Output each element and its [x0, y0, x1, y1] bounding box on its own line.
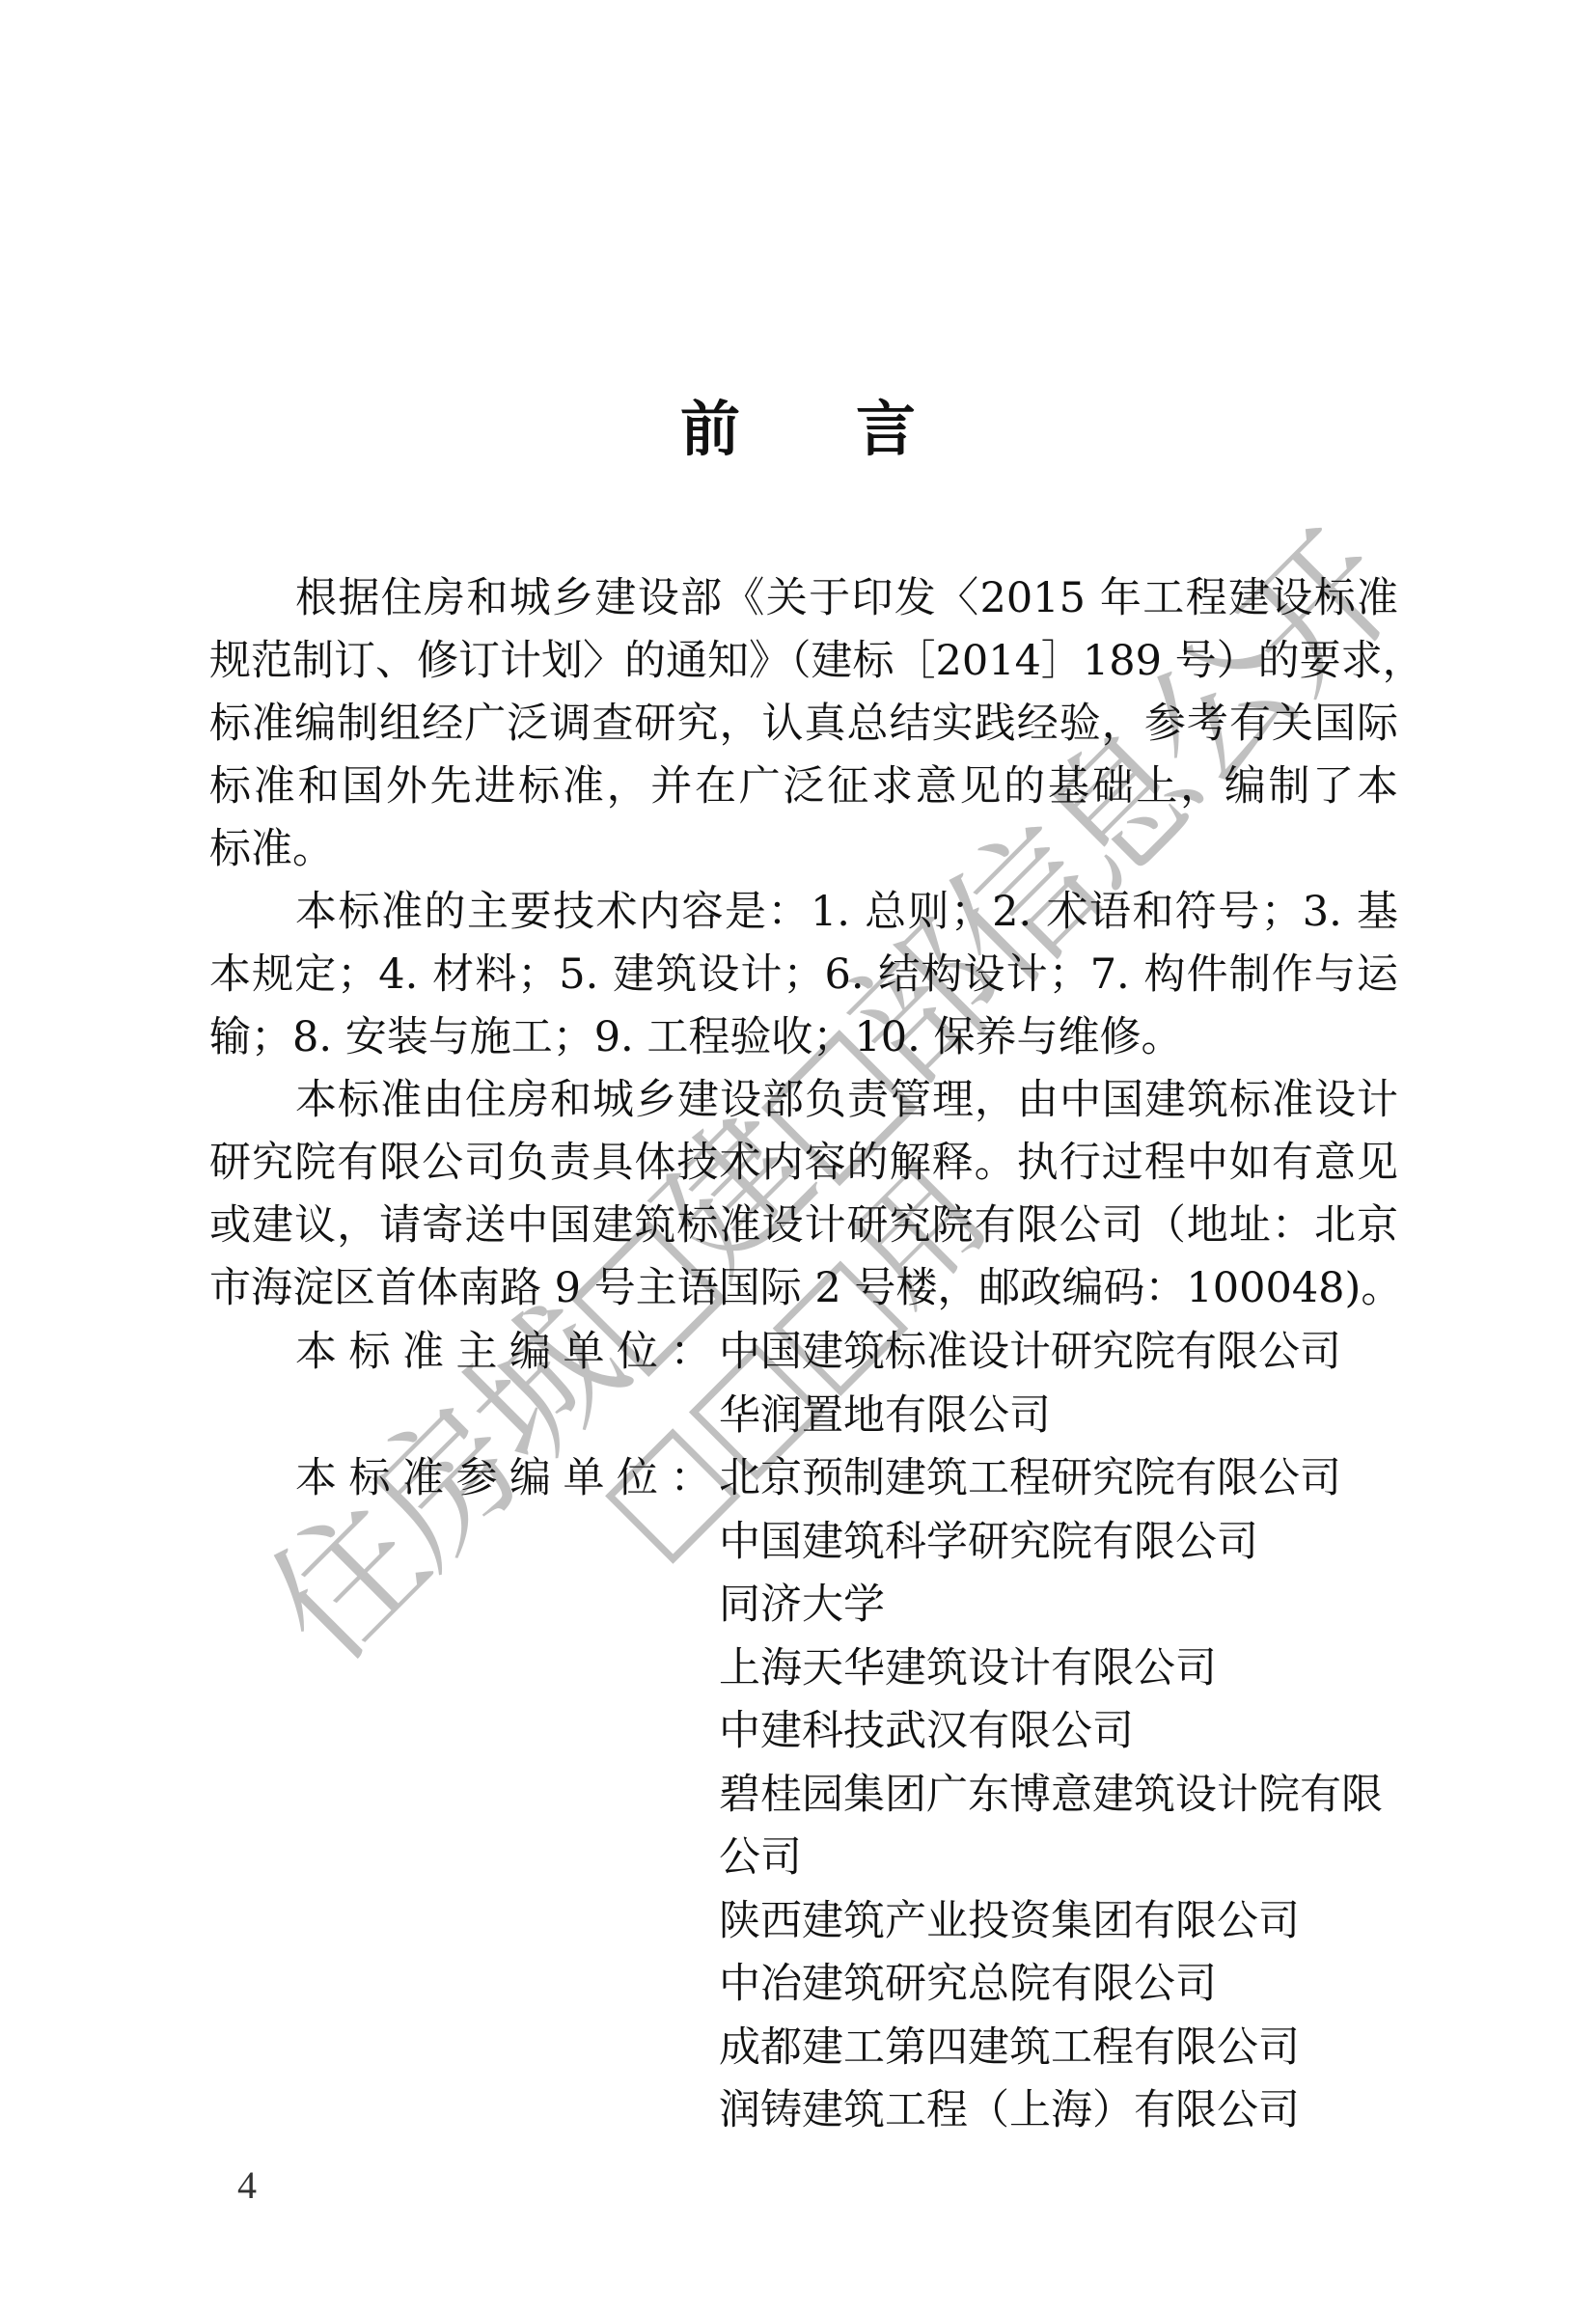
- text-line: 标准。: [209, 818, 1398, 881]
- participant-org: 上海天华建筑设计有限公司: [719, 1637, 1217, 1701]
- chief-editor-label: 本标准主编单位：: [295, 1321, 720, 1385]
- org-row: 中冶建筑研究总院有限公司: [295, 1953, 1405, 2017]
- org-row: 中国建筑科学研究院有限公司: [295, 1511, 1405, 1575]
- paragraph-basis: 根据住房和城乡建设部《关于印发〈2015 年工程建设标准 规范制订、修订计划〉的…: [209, 567, 1398, 881]
- text-line: 本标准由住房和城乡建设部负责管理，由中国建筑标准设计: [209, 1069, 1398, 1132]
- org-row: 成都建工第四建筑工程有限公司: [295, 2017, 1405, 2080]
- text-line: 本标准的主要技术内容是：1. 总则；2. 术语和符号；3. 基: [209, 881, 1398, 944]
- participant-org: 中冶建筑研究总院有限公司: [719, 1953, 1217, 2017]
- participant-org: 碧桂园集团广东博意建筑设计院有限: [719, 1764, 1383, 1828]
- title-char-2: 言: [856, 391, 916, 468]
- text-line: 规范制订、修订计划〉的通知》（建标［2014］189 号）的要求，: [209, 630, 1398, 693]
- organizations-list: 本标准主编单位： 中国建筑标准设计研究院有限公司 华润置地有限公司 本标准参编单…: [295, 1321, 1405, 2143]
- preface-body: 根据住房和城乡建设部《关于印发〈2015 年工程建设标准 规范制订、修订计划〉的…: [209, 567, 1398, 1320]
- text-line: 本规定；4. 材料；5. 建筑设计；6. 结构设计；7. 构件制作与运: [209, 944, 1398, 1006]
- text-line: 根据住房和城乡建设部《关于印发〈2015 年工程建设标准: [209, 567, 1398, 630]
- org-row: 本标准参编单位： 北京预制建筑工程研究院有限公司: [295, 1447, 1405, 1511]
- participant-org: 成都建工第四建筑工程有限公司: [719, 2017, 1300, 2080]
- text-line: 研究院有限公司负责具体技术内容的解释。执行过程中如有意见: [209, 1132, 1398, 1195]
- org-row: 公司: [295, 1827, 1405, 1890]
- org-row: 上海天华建筑设计有限公司: [295, 1637, 1405, 1701]
- text-line: 市海淀区首体南路 9 号主语国际 2 号楼，邮政编码：100048)。: [209, 1257, 1398, 1320]
- participant-org: 同济大学: [719, 1574, 885, 1637]
- org-row: 华润置地有限公司: [295, 1385, 1405, 1448]
- document-page: 住房城□建□部信息公开 □□□用 前言 根据住房和城乡建设部《关于印发〈2015…: [0, 0, 1596, 2311]
- text-line: 标准编制组经广泛调查研究，认真总结实践经验，参考有关国际: [209, 693, 1398, 756]
- participant-org-continued: 公司: [719, 1827, 802, 1890]
- text-line: 标准和国外先进标准，并在广泛征求意见的基础上，编制了本: [209, 756, 1398, 818]
- paragraph-contents: 本标准的主要技术内容是：1. 总则；2. 术语和符号；3. 基 本规定；4. 材…: [209, 881, 1398, 1069]
- org-row: 碧桂园集团广东博意建筑设计院有限: [295, 1764, 1405, 1828]
- chief-editor-org: 华润置地有限公司: [719, 1385, 1051, 1448]
- org-row: 本标准主编单位： 中国建筑标准设计研究院有限公司: [295, 1321, 1405, 1385]
- participant-org: 陕西建筑产业投资集团有限公司: [719, 1890, 1300, 1954]
- participant-label: 本标准参编单位：: [295, 1447, 720, 1511]
- participant-org: 润铸建筑工程（上海）有限公司: [719, 2079, 1300, 2143]
- org-row: 中建科技武汉有限公司: [295, 1700, 1405, 1764]
- text-line: 输；8. 安装与施工；9. 工程验收；10. 保养与维修。: [209, 1006, 1398, 1069]
- participant-org: 中建科技武汉有限公司: [719, 1700, 1134, 1764]
- participant-org: 北京预制建筑工程研究院有限公司: [719, 1447, 1341, 1511]
- text-line: 或建议，请寄送中国建筑标准设计研究院有限公司（地址：北京: [209, 1195, 1398, 1257]
- org-row: 润铸建筑工程（上海）有限公司: [295, 2079, 1405, 2143]
- page-number: 4: [237, 2161, 257, 2210]
- paragraph-management: 本标准由住房和城乡建设部负责管理，由中国建筑标准设计 研究院有限公司负责具体技术…: [209, 1069, 1398, 1320]
- participant-org: 中国建筑科学研究院有限公司: [719, 1511, 1258, 1575]
- title-char-1: 前: [680, 391, 740, 468]
- org-row: 同济大学: [295, 1574, 1405, 1637]
- org-row: 陕西建筑产业投资集团有限公司: [295, 1890, 1405, 1954]
- chief-editor-org: 中国建筑标准设计研究院有限公司: [719, 1321, 1341, 1385]
- page-title: 前言: [0, 391, 1596, 468]
